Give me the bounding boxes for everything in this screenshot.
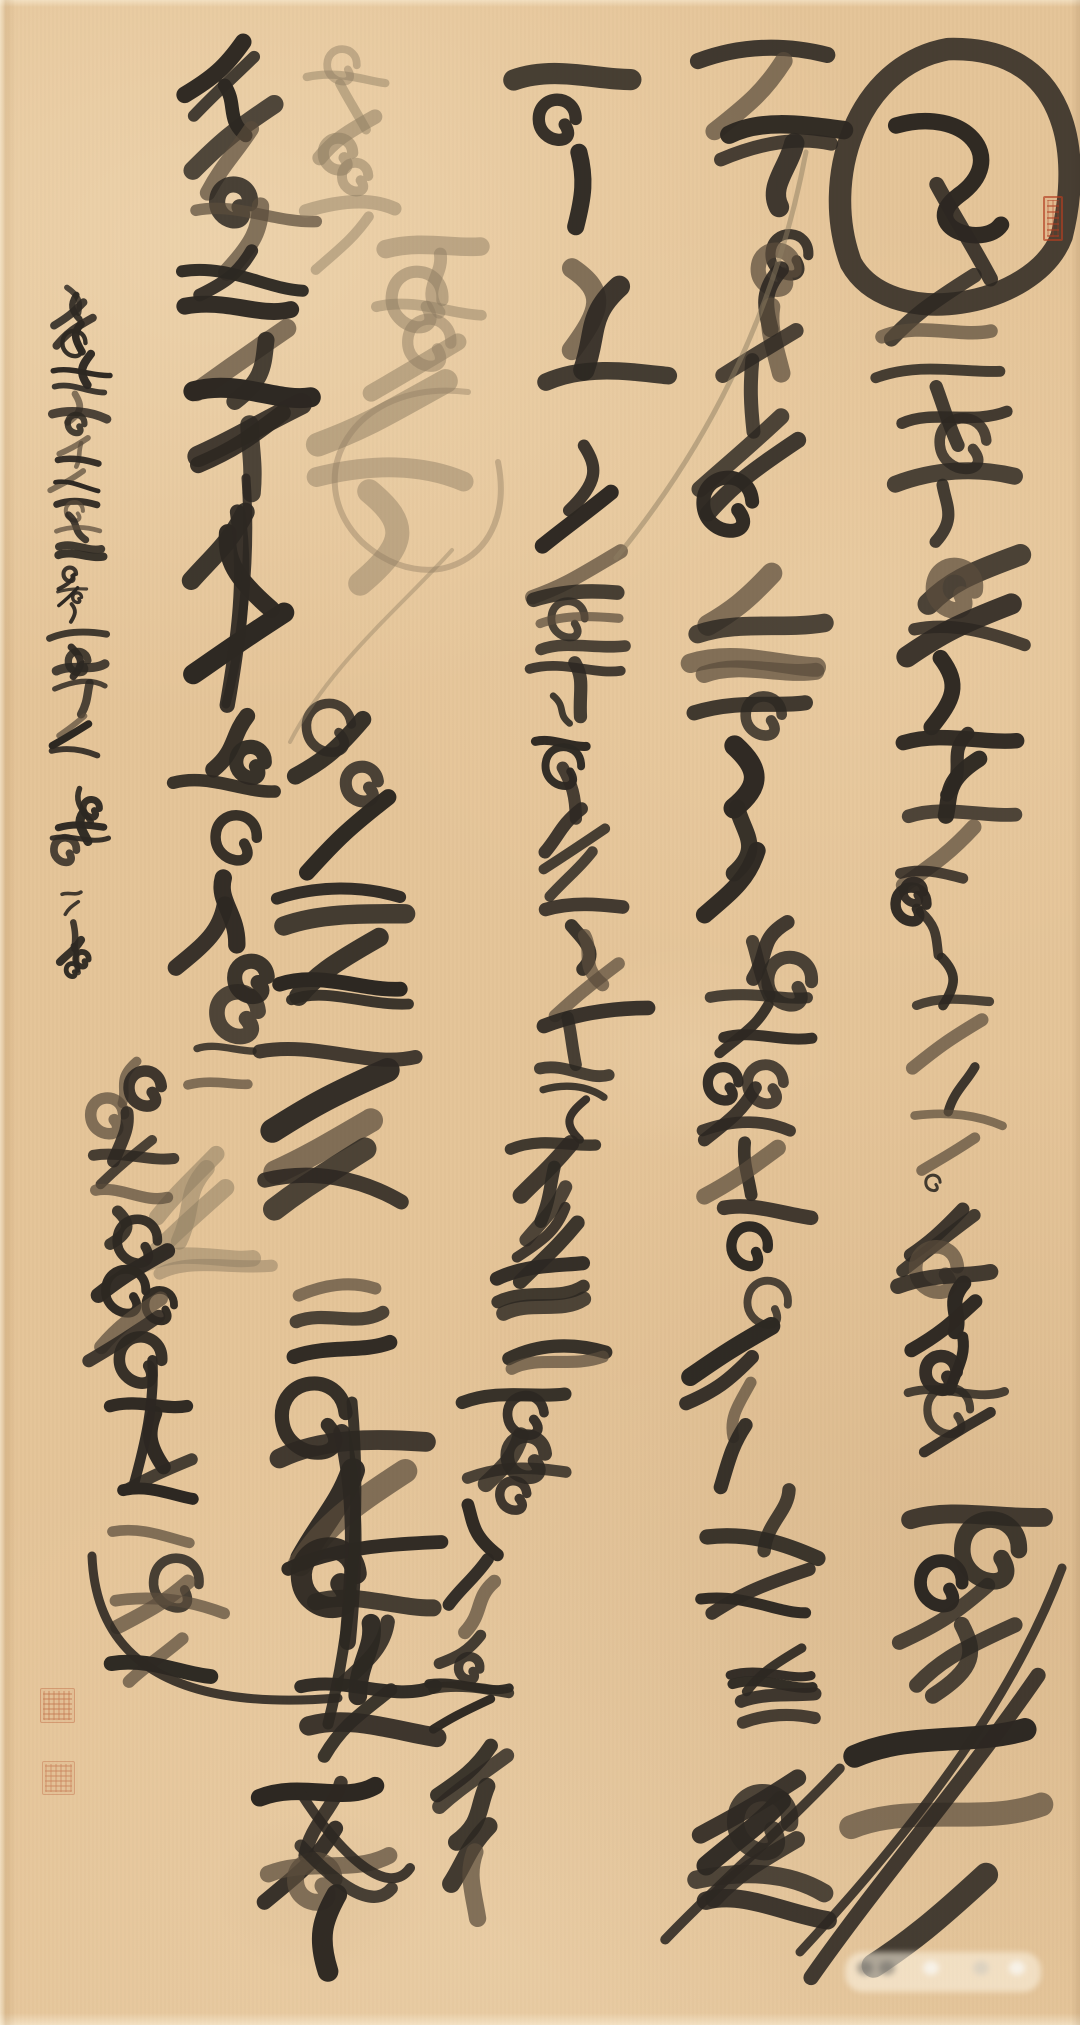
- artist-seal-upper: [40, 1688, 75, 1723]
- calligraphy-strokes: [0, 0, 1080, 2025]
- photo-watermark: [845, 1952, 1041, 1992]
- artist-seal-lower: [42, 1761, 75, 1795]
- watermark-glyph-smudge: [1009, 1961, 1025, 1975]
- leading-seal: [1043, 196, 1063, 241]
- watermark-glyph-smudge: [923, 1961, 939, 1975]
- artist-seal-lower-carving: [45, 1764, 72, 1792]
- artist-seal-upper-carving: [43, 1691, 72, 1720]
- watermark-glyph-smudge: [973, 1961, 989, 1975]
- watermark-glyph-smudge: [857, 1961, 873, 1975]
- calligraphy-photo: 苇广明诗小康东莞二首 庚子秋月黄建: [0, 0, 1080, 2025]
- leading-seal-carving: [1047, 200, 1059, 237]
- watermark-glyph-smudge: [879, 1961, 895, 1975]
